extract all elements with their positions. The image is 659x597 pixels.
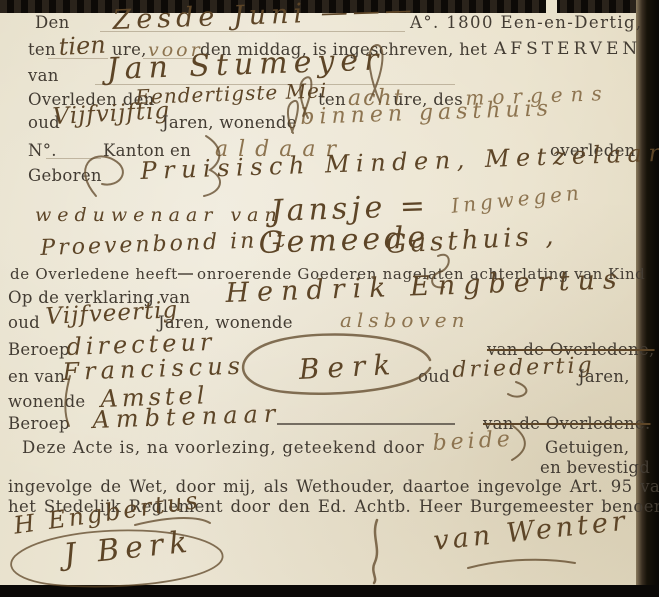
handwritten-witness2-last: Berk [298, 348, 399, 386]
handwritten-witness1-residence: alsboven [340, 308, 469, 332]
printed-label-den: Den [35, 13, 70, 32]
printed-label-oud2: oud [8, 313, 40, 332]
top-border-gap [546, 0, 557, 13]
printed-label-oud3: oud [418, 367, 450, 386]
handwritten-witness2-occupation: Ambtenaar [92, 399, 282, 434]
printed-acte-voorlezing: Deze Acte is, na voorlezing, geteekend d… [22, 438, 425, 457]
printed-label-van: van [28, 66, 59, 85]
printed-label-wonende: wonende [8, 392, 86, 411]
handwritten-witness2-age: driedertig [452, 353, 595, 383]
handwritten-widower-of: weduwenaar van [35, 204, 283, 226]
handwritten-witness2-first: Franciscus [62, 352, 245, 386]
driedertig-tail-flourish [508, 382, 526, 397]
death-record-scan: Den Zesde Juni ——— A°. 1800 Een-en-Derti… [0, 0, 659, 597]
center-crease-squiggle [373, 520, 377, 583]
blank-dash [178, 273, 193, 275]
handwritten-hour: tien [58, 31, 106, 61]
printed-en-bevestigd: en bevestigd [540, 458, 650, 477]
printed-label-beroep: Beroep [8, 340, 70, 359]
printed-wet-wethouder: ingevolge de Wet, door mij, als Wethoude… [8, 477, 659, 496]
bottom-border-band [0, 585, 659, 597]
printed-label-no: N°. [28, 141, 57, 160]
official-underline-flourish [468, 560, 575, 568]
handwritten-beide: beide [432, 427, 514, 456]
printed-jaren: Jaren, [578, 367, 630, 386]
handwritten-age: Vijfvijftig [52, 98, 171, 130]
handwritten-spouse-last: Ingwegen [450, 180, 584, 218]
handwritten-provenier-a: Proevenbond in 't [40, 227, 289, 261]
printed-getuigen: Getuigen, [545, 438, 629, 457]
printed-anno: A°. 1800 Een-en-Dertig, [410, 13, 643, 32]
printed-afsterven: AFSTERVEN [494, 39, 641, 59]
printed-overledene-heeft: de Overledene heeft [10, 265, 178, 283]
printed-jaren-wonende: Jaren, wonende [162, 113, 297, 132]
blank-dash [277, 423, 455, 425]
printed-label-geboren: Geboren [28, 166, 102, 185]
printed-label-ten: ten [28, 40, 56, 59]
signature-witness2: J Berk [62, 524, 195, 572]
printed-en-van: en van [8, 367, 65, 386]
printed-label-beroep2: Beroep [8, 414, 70, 433]
